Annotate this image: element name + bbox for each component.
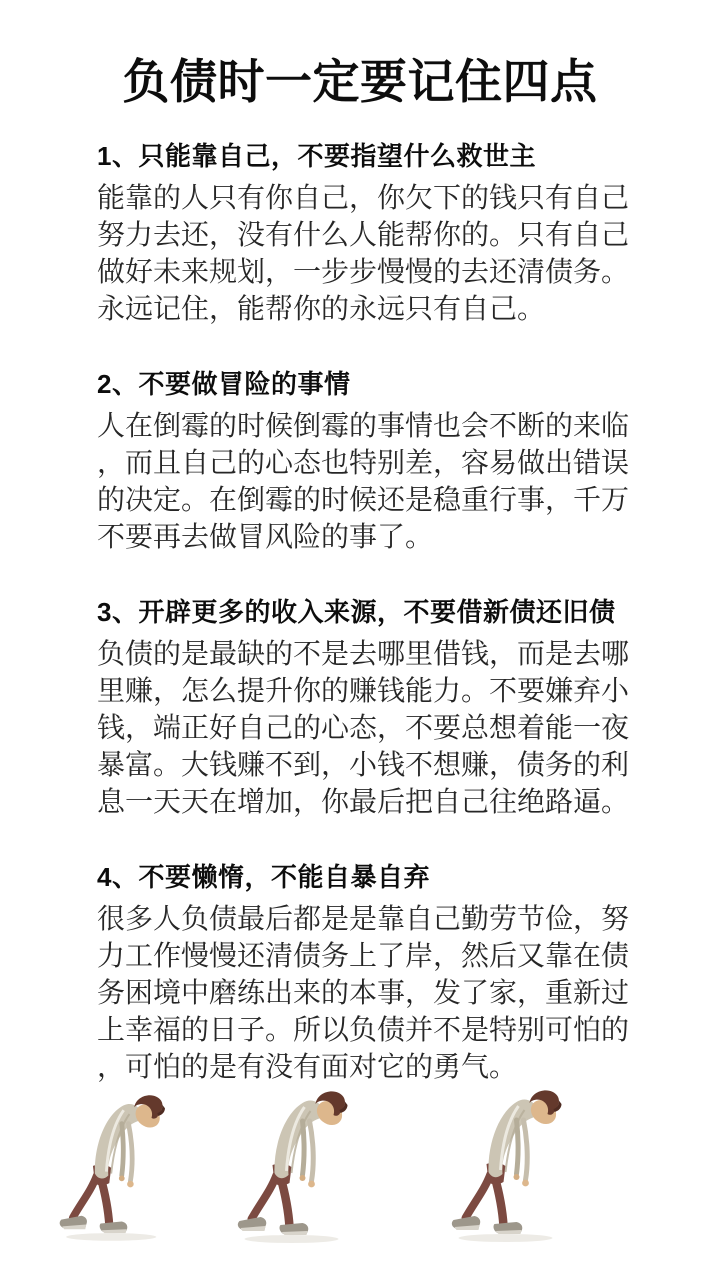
poster-page: 负债时一定要记住四点 1、只能靠自己，不要指望什么救世主 能靠的人只有你自己，你…: [0, 0, 720, 1280]
section-2-body: 人在倒霉的时候倒霉的事情也会不断的来临，而且自己的心态也特别差，容易做出错误的决…: [97, 407, 634, 555]
section-3: 3、开辟更多的收入来源，不要借新债还旧债 负债的是最缺的不是去哪里借钱，而是去哪…: [97, 597, 634, 820]
illustration-row: [0, 1086, 720, 1251]
content-area: 1、只能靠自己，不要指望什么救世主 能靠的人只有你自己，你欠下的钱只有自己努力去…: [97, 141, 634, 1127]
section-1: 1、只能靠自己，不要指望什么救世主 能靠的人只有你自己，你欠下的钱只有自己努力去…: [97, 141, 634, 327]
section-1-heading: 1、只能靠自己，不要指望什么救世主: [97, 141, 634, 171]
dejected-man-illustration-2: [234, 1087, 354, 1247]
section-3-heading: 3、开辟更多的收入来源，不要借新债还旧债: [97, 597, 634, 627]
dejected-man-illustration-1: [56, 1091, 171, 1245]
section-4-heading: 4、不要懒惰，不能自暴自弃: [97, 862, 634, 892]
section-4: 4、不要懒惰，不能自暴自弃 很多人负债最后都是是靠自己勤劳节俭，努力工作慢慢还清…: [97, 862, 634, 1085]
section-2-heading: 2、不要做冒险的事情: [97, 369, 634, 399]
page-title: 负债时一定要记住四点: [0, 58, 720, 105]
section-3-body: 负债的是最缺的不是去哪里借钱，而是去哪里赚，怎么提升你的赚钱能力。不要嫌弃小钱，…: [97, 635, 634, 820]
section-4-body: 很多人负债最后都是是靠自己勤劳节俭，努力工作慢慢还清债务上了岸，然后又靠在债务困…: [97, 900, 634, 1085]
dejected-man-illustration-3: [448, 1086, 568, 1246]
section-1-body: 能靠的人只有你自己，你欠下的钱只有自己努力去还，没有什么人能帮你的。只有自己做好…: [97, 179, 634, 327]
section-2: 2、不要做冒险的事情 人在倒霉的时候倒霉的事情也会不断的来临，而且自己的心态也特…: [97, 369, 634, 555]
